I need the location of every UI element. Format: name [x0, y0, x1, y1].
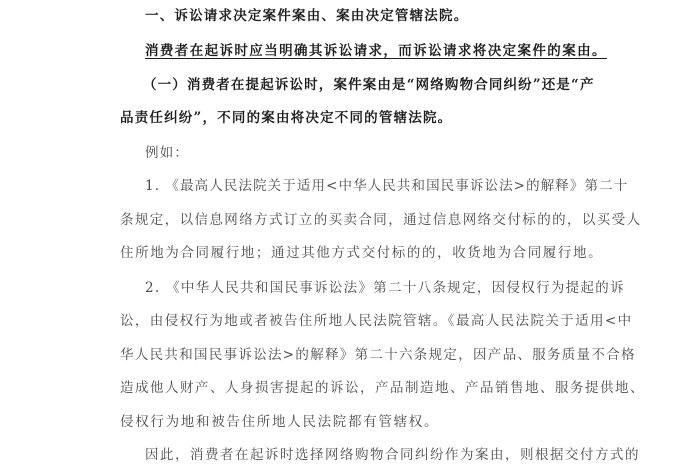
item-2-line-1: 2. 《中华人民共和国民事诉讼法》第二十八条规定，因侵权行为提起的诉	[145, 280, 625, 296]
section-heading: 一、诉讼请求决定案件案由、案由决定管辖法院。	[145, 8, 468, 24]
item-2-line-3: 华人民共和国民事诉讼法>的解释》第二十六条规定，因产品、服务质量不合格	[120, 347, 636, 363]
underlined-statement: 消费者在起诉时应当明确其诉讼请求，而诉讼请求将决定案件的案由。	[145, 43, 607, 59]
subsection-1-line-1: （一）消费者在提起诉讼时，案件案由是“网络购物合同纠纷”还是“产	[143, 77, 595, 93]
item-2-line-5: 侵权行为地和被告住所地人民法院都有管辖权。	[120, 414, 439, 430]
document-page: 一、诉讼请求决定案件案由、案由决定管辖法院。 消费者在起诉时应当明确其诉讼请求，…	[0, 0, 700, 470]
item-2-line-4: 造成他人财产、人身损害提起的诉讼，产品制造地、产品销售地、服务提供地、	[120, 380, 645, 396]
item-1-line-1: 1. 《最高人民法院关于适用<中华人民共和国民事诉讼法>的解释》第二十	[145, 178, 628, 194]
subsection-1-line-2: 品责任纠纷”，不同的案由将决定不同的管辖法院。	[120, 110, 452, 126]
item-1-line-2: 条规定，以信息网络方式订立的买卖合同，通过信息网络交付标的的，以买受人	[120, 212, 642, 228]
example-label: 例如：	[145, 145, 189, 161]
item-2-line-2: 讼，由侵权行为地或者被告住所地人民法院管辖。《最高人民法院关于适用<中	[120, 313, 633, 329]
item-1-line-3: 住所地为合同履行地；通过其他方式交付标的的，收货地为合同履行地。	[120, 245, 603, 261]
conclusion-line-1: 因此，消费者在起诉时选择网络购物合同纠纷作为案由，则根据交付方式的	[145, 447, 640, 463]
